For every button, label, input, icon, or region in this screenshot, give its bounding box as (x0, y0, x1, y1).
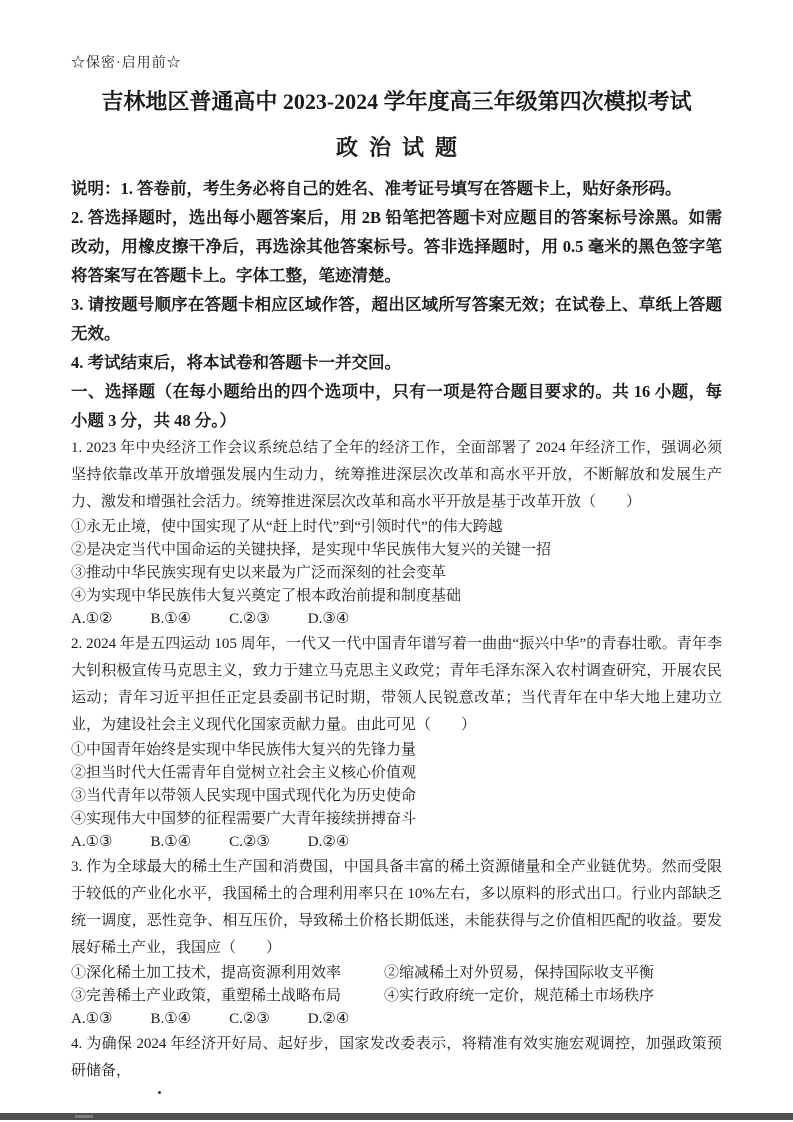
question-2-choices: A.①③ B.①④ C.②③ D.②④ (71, 831, 722, 854)
question-2-option-4: ④实现伟大中国梦的征程需要广大青年接续拼搏奋斗 (71, 808, 722, 831)
question-3-choice-c: C.②③ (229, 1008, 270, 1031)
page-content: ☆保密·启用前☆ 吉林地区普通高中 2023-2024 学年度高三年级第四次模拟… (71, 54, 722, 1085)
question-1-choice-a: A.①② (71, 608, 112, 631)
instruction-item-2: 2. 答选择题时，选出每小题答案后，用 2B 铅笔把答题卡对应题目的答案标号涂黑… (71, 203, 722, 290)
question-2-option-3: ③当代青年以带领人民实现中国式现代化为历史使命 (71, 785, 722, 808)
question-1-choice-b: B.①④ (150, 608, 191, 631)
ink-speck (158, 1091, 161, 1094)
instruction-text-1: 1. 答卷前，考生务必将自己的姓名、准考证号填写在答题卡上，贴好条形码。 (121, 179, 682, 198)
question-3-choice-a: A.①③ (71, 1008, 112, 1031)
question-1-choice-c: C.②③ (229, 608, 270, 631)
question-2-choice-a: A.①③ (71, 831, 112, 854)
question-2-choice-b: B.①④ (150, 831, 191, 854)
question-3-option-3: ③完善稀土产业政策，重塑稀土战略布局 (71, 985, 384, 1008)
instruction-item-1: 说明：1. 答卷前，考生务必将自己的姓名、准考证号填写在答题卡上，贴好条形码。 (71, 174, 722, 203)
question-2-choice-c: C.②③ (229, 831, 270, 854)
question-4-stem: 4. 为确保 2024 年经济开好局、起好步，国家发改委表示，将精准有效实施宏观… (71, 1031, 722, 1085)
question-3: 3. 作为全球最大的稀土生产国和消费国，中国具备丰富的稀土资源储量和全产业链优势… (71, 854, 722, 1031)
question-2: 2. 2024 年是五四运动 105 周年，一代又一代中国青年谱写着一曲曲“振兴… (71, 631, 722, 854)
question-3-option-2: ②缩减稀土对外贸易，保持国际收支平衡 (384, 962, 722, 985)
question-2-option-2: ②担当时代大任需青年自觉树立社会主义核心价值观 (71, 762, 722, 785)
confidential-note: ☆保密·启用前☆ (71, 54, 722, 74)
question-4: 4. 为确保 2024 年经济开好局、起好步，国家发改委表示，将精准有效实施宏观… (71, 1031, 722, 1085)
question-1-choices: A.①② B.①④ C.②③ D.③④ (71, 608, 722, 631)
question-2-option-1: ①中国青年始终是实现中华民族伟大复兴的先锋力量 (71, 739, 722, 762)
question-1-choice-d: D.③④ (308, 608, 349, 631)
question-3-options: ①深化稀土加工技术，提高资源利用效率 ②缩减稀土对外贸易，保持国际收支平衡 ③完… (71, 962, 722, 1008)
question-1-option-1: ①永无止境，使中国实现了从“赶上时代”到“引领时代”的伟大跨越 (71, 516, 722, 539)
question-2-choice-d: D.②④ (308, 831, 349, 854)
question-3-option-1: ①深化稀土加工技术，提高资源利用效率 (71, 962, 384, 985)
scanner-bar-light-patch (75, 1115, 93, 1118)
question-1: 1. 2023 年中央经济工作会议系统总结了全年的经济工作，全面部署了 2024… (71, 435, 722, 631)
exam-title: 吉林地区普通高中 2023-2024 学年度高三年级第四次模拟考试 (71, 88, 722, 116)
instructions-label: 说明： (71, 179, 121, 198)
question-3-choice-b: B.①④ (150, 1008, 191, 1031)
question-1-option-3: ③推动中华民族实现有史以来最为广泛而深刻的社会变革 (71, 562, 722, 585)
question-1-option-2: ②是决定当代中国命运的关键抉择，是实现中华民族伟大复兴的关键一招 (71, 539, 722, 562)
section-header-multiple-choice: 一、选择题（在每小题给出的四个选项中，只有一项是符合题目要求的。共 16 小题，… (71, 377, 722, 435)
question-3-choices: A.①③ B.①④ C.②③ D.②④ (71, 1008, 722, 1031)
exam-instructions: 说明：1. 答卷前，考生务必将自己的姓名、准考证号填写在答题卡上，贴好条形码。 … (71, 174, 722, 377)
instruction-item-3: 3. 请按题号顺序在答题卡相应区域作答，超出区域所写答案无效；在试卷上、草纸上答… (71, 290, 722, 348)
question-2-stem: 2. 2024 年是五四运动 105 周年，一代又一代中国青年谱写着一曲曲“振兴… (71, 631, 722, 739)
question-3-choice-d: D.②④ (308, 1008, 349, 1031)
question-1-option-4: ④为实现中华民族伟大复兴奠定了根本政治前提和制度基础 (71, 585, 722, 608)
question-3-option-4: ④实行政府统一定价，规范稀土市场秩序 (384, 985, 722, 1008)
question-1-stem: 1. 2023 年中央经济工作会议系统总结了全年的经济工作，全面部署了 2024… (71, 435, 722, 516)
instruction-item-4: 4. 考试结束后，将本试卷和答题卡一并交回。 (71, 348, 722, 377)
question-3-stem: 3. 作为全球最大的稀土生产国和消费国，中国具备丰富的稀土资源储量和全产业链优势… (71, 854, 722, 962)
exam-paper-page: ☆保密·启用前☆ 吉林地区普通高中 2023-2024 学年度高三年级第四次模拟… (0, 0, 793, 1122)
scanner-edge-bar (0, 1113, 793, 1120)
exam-subject-title: 政治试题 (71, 134, 722, 162)
